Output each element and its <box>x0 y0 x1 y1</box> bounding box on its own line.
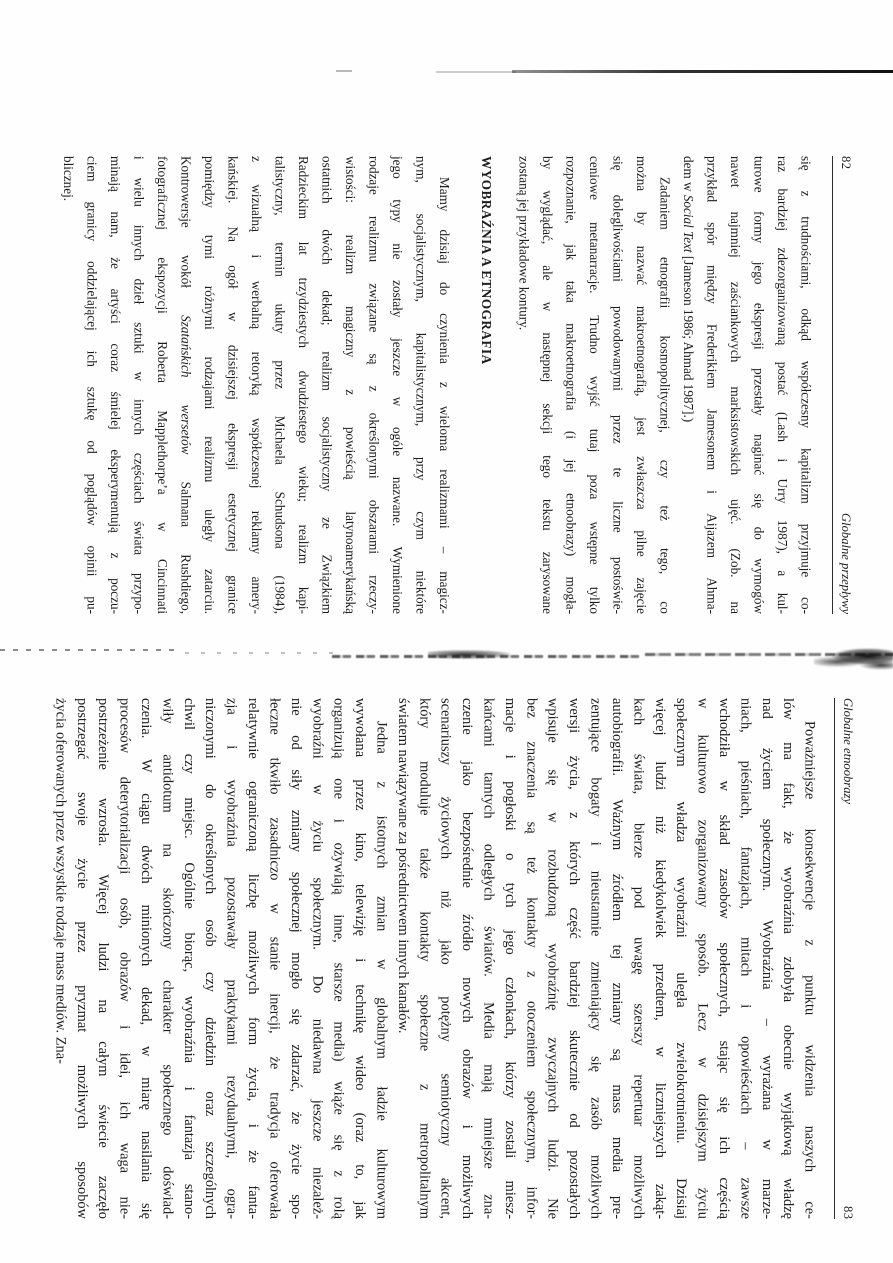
text-line: procesów deterytorializacji osób, obrazó… <box>113 698 134 1219</box>
text-line: macje i pogłoski o tych jego członkach, … <box>499 698 520 1219</box>
text-line: życia oferowanych przez wszystkie rodzaj… <box>49 698 70 1219</box>
text-line: scenariuszy życiowych niż jako potężny s… <box>434 698 455 1219</box>
text-line: Kontrowersje wokół Szatańskich wersetów … <box>174 156 198 614</box>
text-line: więcej ludzi niż kiedykolwiek przedtem, … <box>648 698 669 1219</box>
text-line: i wielu innych dzieł sztuki w innych czę… <box>127 156 151 614</box>
text-line: się z trudnościami, odkąd współczesny ka… <box>794 156 818 614</box>
text-line: nie od siły zmiany społecznej mogło się … <box>284 698 305 1219</box>
text-line: ciem granicy oddzielającej ich sztukę od… <box>80 156 104 614</box>
text-line: by wyglądać, ale w następnej sekcji tego… <box>536 156 560 614</box>
page-82-body: się z trudnościami, odkąd współczesny ka… <box>57 156 818 614</box>
text-line: można by nazwać makroetnografią, jest zw… <box>630 156 654 614</box>
text-line: Radzieckim lat trzydziestych dwudziesteg… <box>292 156 316 614</box>
text-line: turowe formy jego ekspresji przestały na… <box>747 156 771 614</box>
text-line: Jedna z istotnych zmian w globalnym ładz… <box>370 698 391 1219</box>
scanned-book-spread: 82 Globalne przepływy się z trudnościami… <box>0 0 893 1263</box>
text-line: raz bardziej zdezorganizowaną postać (La… <box>771 156 795 614</box>
text-line: wchodziła w skład zasobów społecznych, s… <box>713 698 734 1219</box>
text-line: niach, pieśniach, fantazjach, mitach i o… <box>734 698 755 1219</box>
text-line: postrzegać swoje życie przez pryzmat moż… <box>70 698 91 1219</box>
text-line: organizują one i ożywiają inne, starsze … <box>327 698 348 1219</box>
text-line: kańskiej. Na ogół w dzisiejszej ekspresj… <box>221 156 245 614</box>
text-line: Zadaniem etnografii kosmopolitycznej, cz… <box>653 156 677 614</box>
section-heading: WYOBRAŹNIA A ETNOGRAFIA <box>475 156 497 614</box>
text-line: talistyczny, termin ukuty przez Michaela… <box>268 156 292 614</box>
text-line: chwil czy miejsc. Ogólnie biorąc, wyobra… <box>177 698 198 1219</box>
text-line: wiły antidotum na skończony charakter sp… <box>156 698 177 1219</box>
page-83-running-header: Globalne etnoobrazy 83 <box>839 698 856 1219</box>
text-line: Poważniejsze konsekwencje z punktu widze… <box>798 698 819 1219</box>
text-line: łeczne tkwiło zasadniczo w stanie inercj… <box>263 698 284 1219</box>
page-number: 83 <box>839 1206 856 1219</box>
text-line: kańcami tamtych odległych światów. Media… <box>477 698 498 1219</box>
text-line: relatywnie ograniczoną liczbę możliwych … <box>242 698 263 1219</box>
text-line: w kulturowo zorganizowany sposób. Lecz w… <box>691 698 712 1219</box>
text-line: który moduluje także kontakty społeczne … <box>413 698 434 1219</box>
text-line: wersji życia, z których część bardziej s… <box>563 698 584 1219</box>
scan-artifact-seam <box>332 655 644 658</box>
text-line: nym, socjalistycznym, kapitalistycznym, … <box>409 156 433 614</box>
page-83: Globalne etnoobrazy 83 Poważniejsze kons… <box>48 698 856 1219</box>
text-line: wpisuje się w rozbudzoną wyobraźnię zwyc… <box>541 698 562 1219</box>
text-line: lów ma fakt, że wyobraźnia zdobyła obecn… <box>777 698 798 1219</box>
text-line: pomiędzy tymi różnymi rodzajami realizmu… <box>198 156 222 614</box>
scan-artifact-ink-blob <box>428 650 510 659</box>
scan-artifact-top-edge <box>512 70 893 73</box>
text-line: przykład spór między Frederikiem Jameson… <box>700 156 724 614</box>
text-line: ostatnich dwóch dekad; realizm socjalist… <box>315 156 339 614</box>
text-line: fotograficznej ekspozycji Roberta Mapple… <box>151 156 175 614</box>
text-line: autobiografii. Ważnym źródłem tej zmiany… <box>606 698 627 1219</box>
scan-artifact-seam <box>0 649 180 651</box>
scan-artifact-top-edge-faint <box>436 71 516 73</box>
text-line: rozpoznanie, jak taka makroetnografia (i… <box>559 156 583 614</box>
text-line: kach świata, bierze pod uwagę szerszy re… <box>627 698 648 1219</box>
text-line: postrzeżenie wzrosła. Więcej ludzi na ca… <box>92 698 113 1219</box>
running-title: Globalne etnoobrazy <box>839 698 856 804</box>
text-line: dem w Social Text [Jameson 1986; Ahmad 1… <box>677 156 701 614</box>
text-line: minają nam, że artyści coraz śmielej eks… <box>104 156 128 614</box>
page-number: 82 <box>837 156 854 169</box>
scan-artifact-seam <box>185 652 333 654</box>
text-line: Mamy dzisiaj do czynienia z wieloma real… <box>433 156 457 614</box>
text-line: niczonymi do określonych osób czy dziedz… <box>199 698 220 1219</box>
text-line: czenia. W ciągu dwóch minionych dekad, w… <box>135 698 156 1219</box>
header-rule <box>832 156 833 614</box>
text-line: wistości: realizm magiczny z powieścią l… <box>339 156 363 614</box>
running-title: Globalne przepływy <box>837 513 854 614</box>
text-line: z wizualną i werbalną retoryką współczes… <box>245 156 269 614</box>
text-line: nad życiem społecznym. Wyobraźnia – wyra… <box>755 698 776 1219</box>
scan-artifact-seam <box>645 653 893 656</box>
text-line: jego typy nie zostały jeszcze w ogóle na… <box>386 156 410 614</box>
page-83-body: Poważniejsze konsekwencje z punktu widze… <box>49 698 820 1219</box>
scan-artifact-top-dash <box>336 70 352 72</box>
text-line: blicznej. <box>57 156 81 614</box>
text-line: rodzaje realizmu związane są z określony… <box>362 156 386 614</box>
text-line: zentujące bogaty i nieustannie zmieniają… <box>584 698 605 1219</box>
text-line: wywołana przez kino, telewizję i technik… <box>349 698 370 1219</box>
text-line: się dolegliwościami powodowanymi przez t… <box>606 156 630 614</box>
text-line: ceniowe metanarracje. Trudno wyjść tutaj… <box>583 156 607 614</box>
scan-artifact-smudge <box>814 645 893 672</box>
header-rule <box>834 698 835 1219</box>
text-line: zostaną jej przykładowe kontury. <box>512 156 536 614</box>
text-line: światem nawiązywane za pośrednictwem inn… <box>391 698 412 1219</box>
text-line: bez znaczenia są też kontakty z otoczeni… <box>520 698 541 1219</box>
page-82-running-header: 82 Globalne przepływy <box>837 156 854 614</box>
text-line: wyobraźni w życiu społecznym. Do niedawn… <box>306 698 327 1219</box>
text-line: społecznym władza wyobraźni uległa zwiel… <box>670 698 691 1219</box>
text-line: zja i wyobraźnia pozostawały praktykami … <box>220 698 241 1219</box>
page-82: 82 Globalne przepływy się z trudnościami… <box>50 156 854 614</box>
text-line: nawet najmniej zaściankowych marksistows… <box>724 156 748 614</box>
text-line: czenie jako bezpośrednie źródło nowych o… <box>456 698 477 1219</box>
